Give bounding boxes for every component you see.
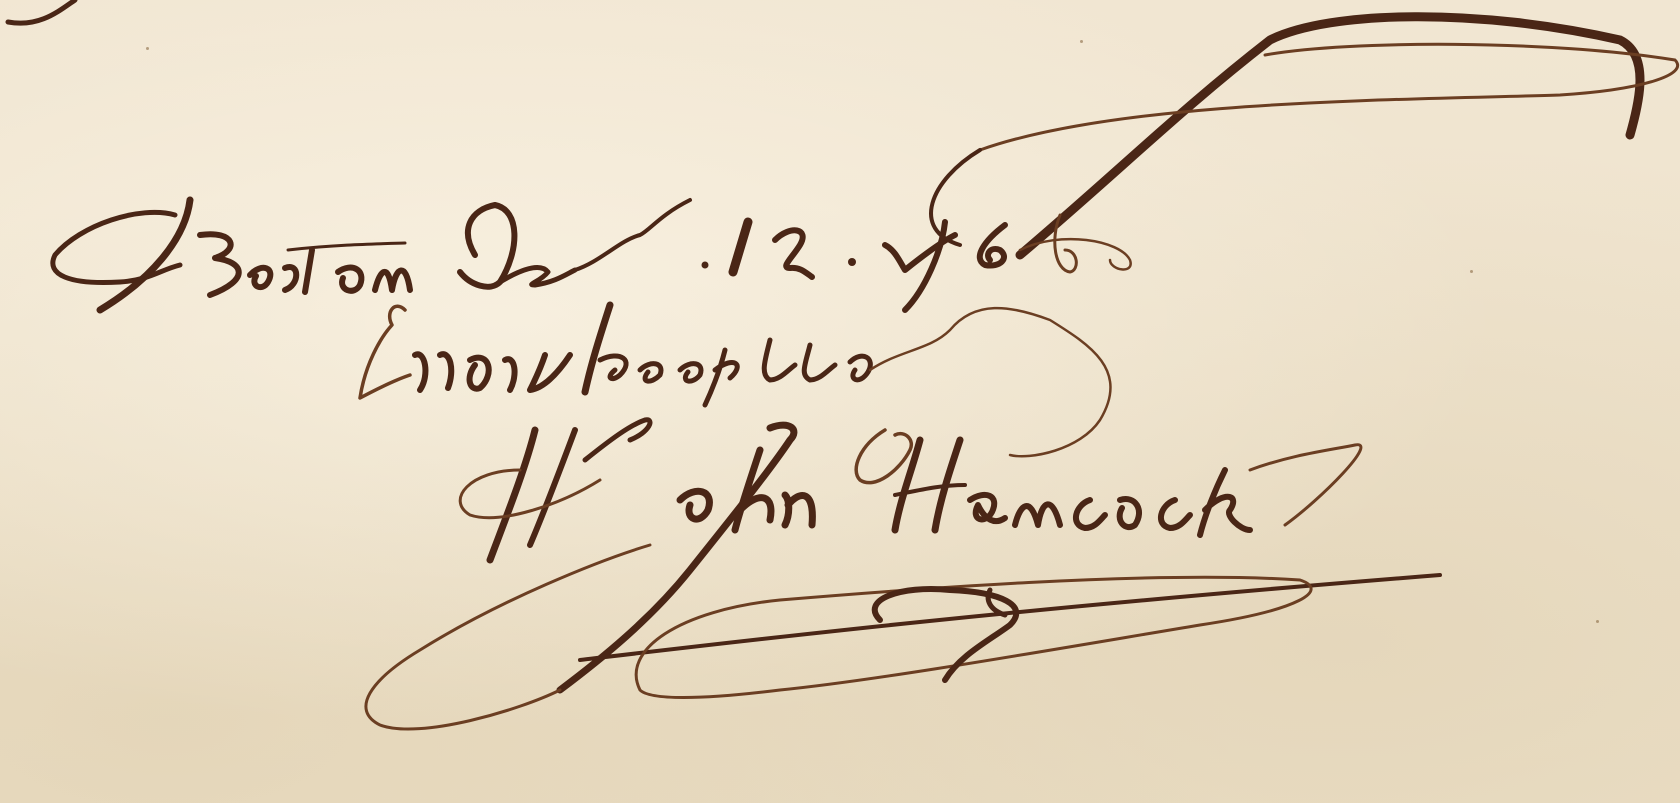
ink-strokes (0, 0, 1680, 803)
paper-speck (1596, 620, 1599, 623)
paper-speck (1470, 270, 1473, 273)
manuscript-page: Boston Decr. 12. 1768 Errors Excepted ℔ … (0, 0, 1680, 803)
ink-fragment-top-left (8, 0, 75, 23)
closing-text: Errors Excepted (360, 320, 859, 390)
signature-text: ℔ John Hancock (470, 430, 1125, 523)
dateline-text: Boston Decr. 12. 1768 (50, 200, 769, 274)
paper-speck (1080, 40, 1083, 43)
paper-speck (146, 47, 149, 50)
